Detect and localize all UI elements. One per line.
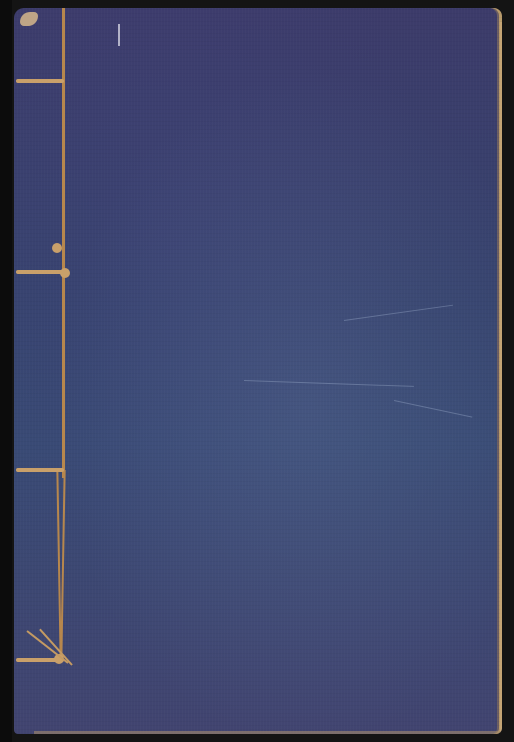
background bbox=[0, 0, 12, 742]
scratch-mark bbox=[118, 24, 120, 46]
bottom-edge bbox=[34, 731, 502, 734]
book-cover bbox=[14, 8, 502, 734]
thread-knot bbox=[60, 268, 70, 278]
page-edge bbox=[500, 22, 502, 734]
stitch-2 bbox=[16, 270, 64, 274]
thread-knot bbox=[52, 243, 62, 253]
stitch-3 bbox=[16, 468, 64, 472]
photo-scene bbox=[0, 0, 514, 742]
stitch-1 bbox=[16, 79, 64, 83]
cloth-texture bbox=[14, 8, 502, 734]
